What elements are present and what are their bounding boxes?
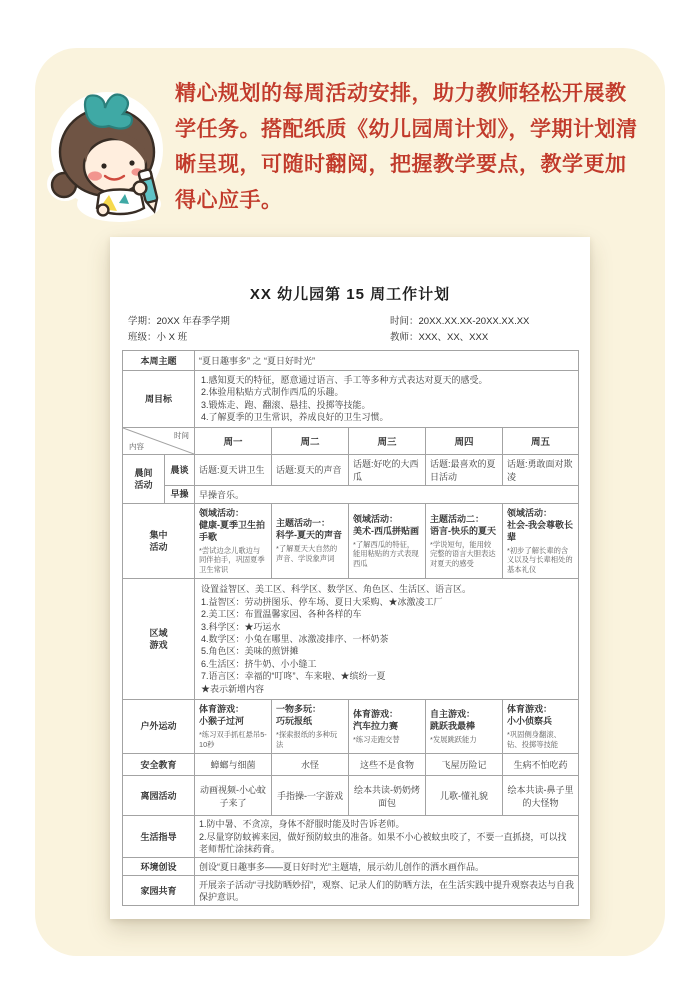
weekly-plan-table: 本周主题 “夏日趣事多” 之 “夏日好时光” 周目标 1.感知夏天的特征，愿意通… (122, 350, 579, 906)
activity-title: 主题活动二： 语言-快乐的夏天 (430, 513, 498, 537)
meta-semester: 学期：20XX 年春季学期 (128, 314, 230, 330)
document-meta: 学期：20XX 年春季学期 班级：小 X 班 时间：20XX.XX.XX-20X… (128, 314, 590, 345)
goal-item: 2.体验用粘贴方式制作西瓜的乐趣。 (201, 386, 572, 398)
area-line: 设置益智区、美工区、科学区、数学区、角色区、生活区、语言区。 (201, 583, 572, 595)
focused-tue: 主题活动一： 科学-夏天的声音 *了解夏天大自然的声音、学说象声词 (272, 503, 349, 579)
departure-label: 离园活动 (123, 776, 195, 816)
week-goals-content: 1.感知夏天的特征，愿意通过语言、手工等多种方式表达对夏天的感受。 2.体验用粘… (195, 371, 579, 428)
activity-note: *了解西瓜的特征，能用粘贴的方式表现西瓜 (353, 540, 421, 569)
activity-title: 自主游戏： 跳跃我最棒 (430, 708, 498, 732)
environment-content: 创设“夏日趣事多——夏日好时光”主题墙，展示幼儿创作的洒水画作品。 (195, 858, 579, 876)
focused-thu: 主题活动二： 语言-快乐的夏天 *学说短句，能用较完整的语言大胆表达对夏天的感受 (426, 503, 503, 579)
area-line: 1.益智区：劳动拼图乐、停车场、夏日大采购、★冰激凌工厂 (201, 596, 572, 608)
table-row-environment: 环境创设 创设“夏日趣事多——夏日好时光”主题墙，展示幼儿创作的洒水画作品。 (123, 858, 579, 876)
focused-wed: 领域活动： 美术-西瓜拼贴画 *了解西瓜的特征，能用粘贴的方式表现西瓜 (349, 503, 426, 579)
area-line: 2.美工区：布置温馨家园、各种各样的车 (201, 608, 572, 620)
table-row-morning-exercise: 早操 早操音乐。 (123, 485, 579, 503)
area-games-content: 设置益智区、美工区、科学区、数学区、角色区、生活区、语言区。 1.益智区：劳动拼… (195, 579, 579, 700)
outdoor-wed: 体育游戏： 汽车拉力赛 *练习走跑交替 (349, 700, 426, 754)
activity-note: *探索报纸的多种玩法 (276, 730, 344, 749)
safety-fri: 生病不怕吃药 (503, 754, 579, 776)
day-header-mon: 周一 (195, 427, 272, 454)
table-row-area-games: 区域 游戏 设置益智区、美工区、科学区、数学区、角色区、生活区、语言区。 1.益… (123, 579, 579, 700)
morning-talk-thu: 话题:最喜欢的夏日活动 (426, 454, 503, 485)
day-header-thu: 周四 (426, 427, 503, 454)
safety-thu: 飞屋历险记 (426, 754, 503, 776)
document-title: XX 幼儿园第 15 周工作计划 (110, 283, 590, 304)
morning-talk-wed: 话题:好吃的大西瓜 (349, 454, 426, 485)
focused-label: 集中 活动 (123, 503, 195, 579)
departure-thu: 儿歌-懂礼貌 (426, 776, 503, 816)
table-row-week-goals: 周目标 1.感知夏天的特征，愿意通过语言、手工等多种方式表达对夏天的感受。 2.… (123, 371, 579, 428)
activity-note: *尝试边念儿歌边与同伴拍手，巩固夏季卫生常识 (199, 546, 267, 575)
morning-talk-mon: 话题:夏天讲卫生 (195, 454, 272, 485)
morning-talk-label: 晨谈 (165, 454, 195, 485)
activity-title: 体育游戏： 小猴子过河 (199, 703, 267, 727)
safety-mon: 蟑螂与细菌 (195, 754, 272, 776)
day-header-fri: 周五 (503, 427, 579, 454)
life-guidance-line: 2.尽量穿防蚊裤来园，做好预防蚊虫的准备。如果不小心被蚊虫咬了，不要一直抓挠，可… (199, 831, 574, 856)
week-theme-label: 本周主题 (123, 351, 195, 371)
outdoor-mon: 体育游戏： 小猴子过河 *练习双手抓杠悬吊5-10秒 (195, 700, 272, 754)
focused-fri: 领域活动： 社会-我会尊敬长辈 *初步了解长辈的含义以及与长辈相处的基本礼仪 (503, 503, 579, 579)
area-line: 4.数学区：小兔在哪里、冰激凌排序、一杯奶茶 (201, 633, 572, 645)
home-content: 开展亲子活动“寻找防晒妙招”，观察、记录人们的防晒方法，在生活实践中提升观察表达… (195, 876, 579, 906)
outdoor-fri: 体育游戏： 小小侦察兵 *巩固侧身翻滚、钻、投掷等技能 (503, 700, 579, 754)
outdoor-tue: 一物多玩： 巧玩报纸 *探索报纸的多种玩法 (272, 700, 349, 754)
goal-item: 3.锻炼走、跑、翻滚、悬挂、投掷等技能。 (201, 399, 572, 411)
meta-teachers: 教师：XXX、XX、XXX (390, 330, 529, 346)
activity-note: *练习走跑交替 (353, 735, 421, 745)
area-line: ★表示新增内容 (201, 683, 572, 695)
activity-note: *了解夏天大自然的声音、学说象声词 (276, 544, 344, 563)
area-line: 3.科学区：★巧运水 (201, 621, 572, 633)
day-header-tue: 周二 (272, 427, 349, 454)
life-guidance-label: 生活指导 (123, 816, 195, 858)
area-line: 7.语言区：幸福的“叮咚”、车来啦、★缤纷一夏 (201, 670, 572, 682)
meta-class: 班级：小 X 班 (128, 330, 230, 346)
table-row-outdoor: 户外运动 体育游戏： 小猴子过河 *练习双手抓杠悬吊5-10秒 一物多玩： 巧玩… (123, 700, 579, 754)
goal-item: 4.了解夏季的卫生常识，养成良好的卫生习惯。 (201, 411, 572, 423)
table-row-departure: 离园活动 动画视频-小心蚊子来了 手指操-一字游戏 绘本共读-奶奶烤面包 儿歌-… (123, 776, 579, 816)
safety-tue: 水怪 (272, 754, 349, 776)
activity-title: 领域活动： 健康-夏季卫生拍手歌 (199, 507, 267, 543)
outdoor-thu: 自主游戏： 跳跃我最棒 *发展跳跃能力 (426, 700, 503, 754)
safety-wed: 这些不是食物 (349, 754, 426, 776)
activity-title: 领域活动： 社会-我会尊敬长辈 (507, 507, 574, 543)
activity-note: *巩固侧身翻滚、钻、投掷等技能 (507, 730, 574, 749)
day-header-wed: 周三 (349, 427, 426, 454)
area-games-label: 区域 游戏 (123, 579, 195, 700)
activity-note: *发展跳跃能力 (430, 735, 498, 745)
activity-note: *学说短句，能用较完整的语言大胆表达对夏天的感受 (430, 540, 498, 569)
mascot-girl-illustration (47, 82, 175, 224)
focused-mon: 领域活动： 健康-夏季卫生拍手歌 *尝试边念儿歌边与同伴拍手，巩固夏季卫生常识 (195, 503, 272, 579)
morning-talk-tue: 话题:夏天的声音 (272, 454, 349, 485)
morning-talk-fri: 话题:勇敢面对欺凌 (503, 454, 579, 485)
morning-group-label: 晨间 活动 (123, 454, 165, 503)
area-line: 5.角色区：美味的煎饼摊 (201, 645, 572, 657)
goal-item: 1.感知夏天的特征，愿意通过语言、手工等多种方式表达对夏天的感受。 (201, 374, 572, 386)
departure-mon: 动画视频-小心蚊子来了 (195, 776, 272, 816)
table-row-focused-activity: 集中 活动 领域活动： 健康-夏季卫生拍手歌 *尝试边念儿歌边与同伴拍手，巩固夏… (123, 503, 579, 579)
weekly-plan-document: XX 幼儿园第 15 周工作计划 学期：20XX 年春季学期 班级：小 X 班 … (110, 237, 590, 919)
corner-content-label: 内容 (129, 441, 144, 452)
activity-title: 领域活动： 美术-西瓜拼贴画 (353, 513, 421, 537)
table-row-morning-talk: 晨间 活动 晨谈 话题:夏天讲卫生 话题:夏天的声音 话题:好吃的大西瓜 话题:… (123, 454, 579, 485)
table-row-home-cooperation: 家园共育 开展亲子活动“寻找防晒妙招”，观察、记录人们的防晒方法，在生活实践中提… (123, 876, 579, 906)
morning-exercise-content: 早操音乐。 (195, 485, 579, 503)
table-row-day-header: 时间 内容 周一 周二 周三 周四 周五 (123, 427, 579, 454)
corner-cell: 时间 内容 (123, 427, 195, 454)
activity-note: *初步了解长辈的含义以及与长辈相处的基本礼仪 (507, 546, 574, 575)
departure-wed: 绘本共读-奶奶烤面包 (349, 776, 426, 816)
safety-label: 安全教育 (123, 754, 195, 776)
meta-time: 时间：20XX.XX.XX-20XX.XX.XX (390, 314, 529, 330)
activity-title: 体育游戏： 小小侦察兵 (507, 703, 574, 727)
area-line: 6.生活区：挤牛奶、小小缝工 (201, 658, 572, 670)
departure-fri: 绘本共读-鼻子里的大怪物 (503, 776, 579, 816)
table-row-life-guidance: 生活指导 1.防中暑、不贪凉，身体不舒服时能及时告诉老师。 2.尽量穿防蚊裤来园… (123, 816, 579, 858)
life-guidance-content: 1.防中暑、不贪凉，身体不舒服时能及时告诉老师。 2.尽量穿防蚊裤来园，做好预防… (195, 816, 579, 858)
activity-title: 体育游戏： 汽车拉力赛 (353, 708, 421, 732)
corner-time-label: 时间 (174, 430, 189, 441)
promo-card: 精心规划的每周活动安排，助力教师轻松开展教学任务。搭配纸质《幼儿园周计划》，学期… (35, 48, 665, 956)
activity-note: *练习双手抓杠悬吊5-10秒 (199, 730, 267, 749)
morning-exercise-label: 早操 (165, 485, 195, 503)
departure-tue: 手指操-一字游戏 (272, 776, 349, 816)
home-label: 家园共育 (123, 876, 195, 906)
activity-title: 一物多玩： 巧玩报纸 (276, 703, 344, 727)
week-theme-content: “夏日趣事多” 之 “夏日好时光” (195, 351, 579, 371)
activity-title: 主题活动一： 科学-夏天的声音 (276, 517, 344, 541)
environment-label: 环境创设 (123, 858, 195, 876)
life-guidance-line: 1.防中暑、不贪凉，身体不舒服时能及时告诉老师。 (199, 818, 574, 830)
table-row-safety: 安全教育 蟑螂与细菌 水怪 这些不是食物 飞屋历险记 生病不怕吃药 (123, 754, 579, 776)
week-goals-label: 周目标 (123, 371, 195, 428)
promo-text: 精心规划的每周活动安排，助力教师轻松开展教学任务。搭配纸质《幼儿园周计划》，学期… (175, 76, 645, 218)
table-row-week-theme: 本周主题 “夏日趣事多” 之 “夏日好时光” (123, 351, 579, 371)
outdoor-label: 户外运动 (123, 700, 195, 754)
